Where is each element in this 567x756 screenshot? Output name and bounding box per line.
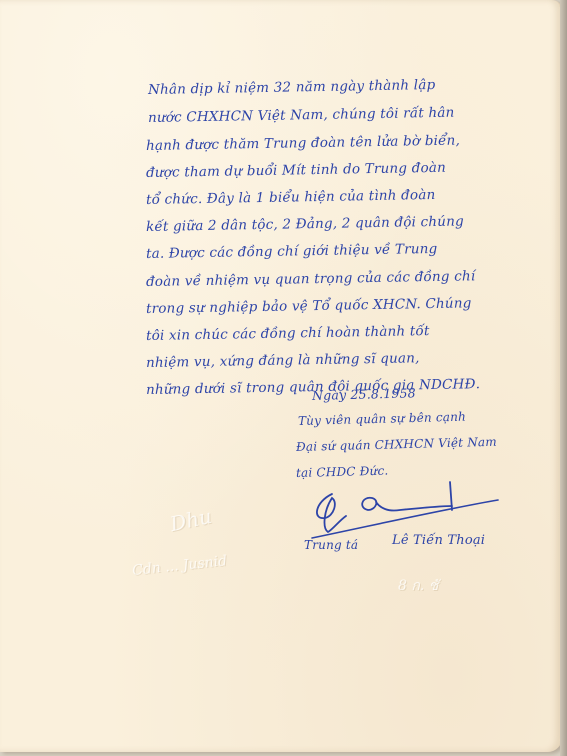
body-line: nhiệm vụ, xứng đáng là những sĩ quan, <box>146 350 420 371</box>
closing-line: Tùy viên quân sự bên cạnh <box>298 410 466 428</box>
body-line: đoàn về nhiệm vụ quan trọng của các đồng… <box>146 268 476 290</box>
closing-line: tại CHDC Đức. <box>296 464 389 480</box>
body-line: trong sự nghiệp bảo vệ Tổ quốc XHCN. Chú… <box>146 295 472 317</box>
body-line: hạnh được thăm Trung đoàn tên lửa bờ biể… <box>146 133 460 154</box>
body-line: nước CHXHCN Việt Nam, chúng tôi rất hân <box>148 105 455 126</box>
body-line: được tham dự buổi Mít tinh do Trung đoàn <box>146 160 446 181</box>
signature-scrawl-icon <box>310 480 500 540</box>
embossed-mark: Cdn ... Jusnid <box>131 553 227 579</box>
embossed-mark: Dhu <box>168 504 214 536</box>
letter-page: Nhân dịp kỉ niệm 32 năm ngày thành lập n… <box>0 0 562 752</box>
signatory-name: Lê Tiến Thoại <box>392 533 485 548</box>
letter-date: Ngày 25.8.1958 <box>312 385 416 403</box>
body-line: tổ chức. Đây là 1 biểu hiện của tình đoà… <box>146 187 436 208</box>
body-line: Nhân dịp kỉ niệm 32 năm ngày thành lập <box>148 77 436 98</box>
closing-line: Đại sứ quán CHXHCN Việt Nam <box>296 435 497 454</box>
embossed-mark: 8 ก. ชั <box>398 575 438 597</box>
body-line: ta. Được các đồng chí giới thiệu về Trun… <box>146 241 438 262</box>
signatory-rank: Trung tá <box>304 538 358 552</box>
body-line: tôi xin chúc các đồng chí hoàn thành tốt <box>146 323 430 344</box>
body-line: kết giữa 2 dân tộc, 2 Đảng, 2 quân đội c… <box>146 213 464 235</box>
page-edge <box>560 0 567 756</box>
